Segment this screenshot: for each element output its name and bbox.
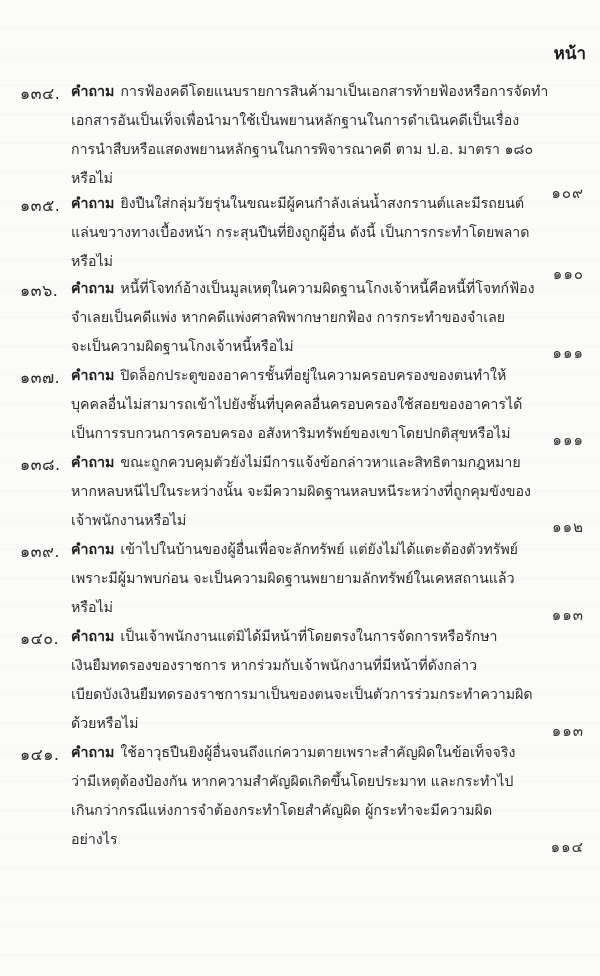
toc-page: หน้า ๑๓๔. คำถามการฟ้องคดีโดยแนบรายการสิน… <box>0 0 600 976</box>
question-label: คำถาม <box>71 542 114 558</box>
question-label: คำถาม <box>71 368 114 384</box>
entry-line: คำถามการฟ้องคดีโดยแนบรายการสินค้ามาเป็นเ… <box>71 82 548 102</box>
entry-line: เจ้าพนักงานหรือไม่ <box>71 511 186 531</box>
page-column-header: หน้า <box>554 40 586 67</box>
entry-line: เอกสารอันเป็นเท็จเพื่อนำมาใช้เป็นพยานหลั… <box>71 111 519 131</box>
entry-line: อย่างไร <box>71 830 117 850</box>
entry-number: ๑๓๖. <box>20 279 58 304</box>
question-label: คำถาม <box>71 745 114 761</box>
question-label: คำถาม <box>71 196 114 212</box>
entry-line: จะเป็นความผิดฐานโกงเจ้าหนี้หรือไม่ <box>71 337 294 357</box>
entry-number: ๑๓๙. <box>20 540 60 565</box>
page-number: ๑๑๓ <box>552 719 584 743</box>
entry-number: ๑๓๔. <box>20 82 60 107</box>
entry-line: ด้วยหรือไม่ <box>71 714 138 734</box>
entry-line: เป็นการรบกวนการครอบครอง อสังหาริมทรัพย์ข… <box>71 424 511 444</box>
entry-line: คำถามหนี้ที่โจทก์อ้างเป็นมูลเหตุในความผิ… <box>71 279 535 299</box>
page-number: ๑๐๙ <box>551 181 584 205</box>
page-number: ๑๑๑ <box>552 428 584 452</box>
entry-line: คำถามปิดล็อกประตูของอาคารชั้นที่อยู่ในคว… <box>71 366 506 386</box>
question-label: คำถาม <box>71 629 114 645</box>
page-number: ๑๑๓ <box>552 603 584 627</box>
entry-line: เพราะมีผู้มาพบก่อน จะเป็นความผิดฐานพยายา… <box>71 569 515 589</box>
entry-line: คำถามใช้อาวุธปืนยิงผู้อื่นจนถึงแก่ความตา… <box>71 743 515 763</box>
entry-line: คำถามเข้าไปในบ้านของผู้อื่นเพื่อจะลักทรั… <box>71 540 518 560</box>
question-label: คำถาม <box>71 281 114 297</box>
entry-line: บุคคลอื่นไม่สามารถเข้าไปยังชั้นที่บุคคลอ… <box>71 395 522 415</box>
entry-line: คำถามยิงปืนใส่กลุ่มวัยรุ่นในขณะมีผู้คนกำ… <box>71 194 524 214</box>
entry-line: คำถามขณะถูกควบคุมตัวยังไม่มีการแจ้งข้อกล… <box>71 453 521 473</box>
entry-line: คำถามเป็นเจ้าพนักงานแต่มิได้มีหน้าที่โดย… <box>71 627 498 647</box>
entry-number: ๑๓๕. <box>20 194 60 219</box>
page-number: ๑๑๔ <box>551 835 584 859</box>
entry-number: ๑๓๗. <box>20 366 60 391</box>
page-number: ๑๑๑ <box>552 341 584 365</box>
entry-number: ๑๓๘. <box>20 453 61 478</box>
entry-number: ๑๔๐. <box>20 627 59 652</box>
page-number: ๑๑๐ <box>553 262 584 286</box>
entry-line: เงินยืมทดรองของราชการ หากร่วมกับเจ้าพนัก… <box>71 656 477 676</box>
page-number: ๑๑๒ <box>552 515 584 539</box>
entry-line: หรือไม่ <box>71 598 113 618</box>
entry-line: ว่ามีเหตุต้องป้องกัน หากความสำคัญผิดเกิด… <box>71 772 513 792</box>
question-label: คำถาม <box>71 455 114 471</box>
entry-line: แล่นขวางทางเบื้องหน้า กระสุนปืนที่ยิงถูก… <box>71 223 529 243</box>
entry-line: หรือไม่ <box>71 169 113 189</box>
entry-line: การนำสืบหรือแสดงพยานหลักฐานในการพิจารณาค… <box>71 140 533 160</box>
question-label: คำถาม <box>71 84 114 100</box>
entry-number: ๑๔๑. <box>20 743 60 768</box>
entry-line: จำเลยเป็นคดีแพ่ง หากคดีแพ่งศาลพิพากษายกฟ… <box>71 308 505 328</box>
entry-line: เกินกว่ากรณีแห่งการจำต้องกระทำโดยสำคัญผิ… <box>71 801 492 821</box>
entry-line: หรือไม่ <box>71 252 113 272</box>
entry-line: หากหลบหนีไปในระหว่างนั้น จะมีความผิดฐานห… <box>71 482 531 502</box>
entry-line: เบียดบังเงินยืมทดรองราชการมาเป็นของตนจะเ… <box>71 685 533 705</box>
